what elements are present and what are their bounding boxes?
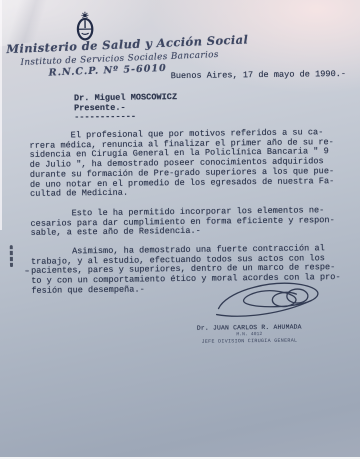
signature-stamp: Dr. JUAN CARLOS R. AHUMADA M.N. 4012 JEF… (192, 323, 307, 344)
signature-scribble (212, 277, 331, 330)
body-paragraph-2: Esto le ha permitido incorporar los elem… (30, 206, 335, 239)
scan-artifact-dot (25, 270, 29, 272)
letter-content: Ministerio de Salud y Acción Social Inst… (0, 0, 360, 459)
recipient-block: Dr. Miguel MOSCOWICZ Presente.- --------… (74, 93, 178, 123)
scanned-letter-page: Ministerio de Salud y Acción Social Inst… (0, 0, 360, 459)
signer-name: Dr. JUAN CARLOS R. AHUMADA (192, 323, 307, 332)
signer-title: JEFE DIVISION CIRUGIA GENERAL (192, 337, 307, 345)
body-paragraph-1: El profesional que por motivos referidos… (29, 128, 334, 200)
date-line: Buenos Aires, 17 de mayo de 1990.- (171, 70, 346, 82)
scan-artifact-mark (10, 245, 13, 267)
